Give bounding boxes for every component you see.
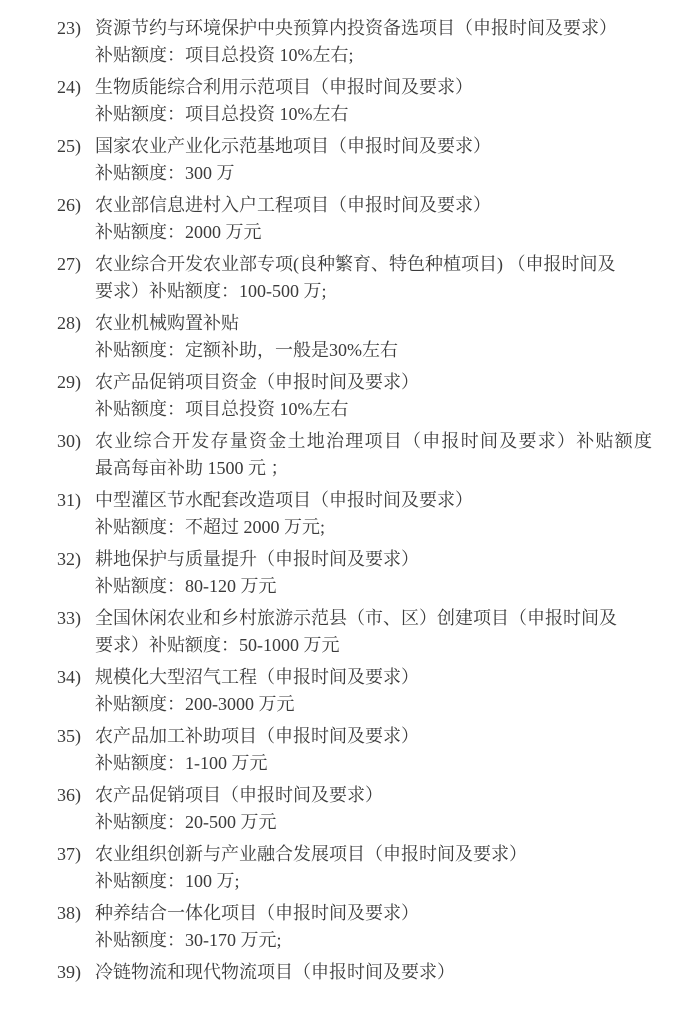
list-item: 24) 生物质能综合利用示范项目（申报时间及要求）补贴额度：项目总投资 10%左… xyxy=(57,74,664,128)
list-item-lines: 农业综合开发农业部专项(良种繁育、特色种植项目) （申报时间及要求）补贴额度：1… xyxy=(95,251,652,305)
list-item-number: 39) xyxy=(57,959,95,986)
list-item-lines: 农产品促销项目资金（申报时间及要求）补贴额度：项目总投资 10%左右 xyxy=(95,369,652,423)
list-item-lines: 农业机械购置补贴补贴额度：定额补助，一般是30%左右 xyxy=(95,310,652,364)
list-item: 34) 规模化大型沼气工程（申报时间及要求）补贴额度：200-3000 万元 xyxy=(57,664,664,718)
list-item-number: 38) xyxy=(57,900,95,927)
list-item: 37) 农业组织创新与产业融合发展项目（申报时间及要求）补贴额度：100 万; xyxy=(57,841,664,895)
list-item-line: 规模化大型沼气工程（申报时间及要求） xyxy=(95,664,652,691)
list-item: 31) 中型灌区节水配套改造项目（申报时间及要求）补贴额度：不超过 2000 万… xyxy=(57,487,664,541)
list-item-line: 补贴额度：100 万; xyxy=(95,868,652,895)
list-item-number: 36) xyxy=(57,782,95,809)
list-item-number: 23) xyxy=(57,15,95,42)
list-item: 38) 种养结合一体化项目（申报时间及要求）补贴额度：30-170 万元; xyxy=(57,900,664,954)
list-item-line: 补贴额度：定额补助，一般是30%左右 xyxy=(95,337,652,364)
list-item: 35) 农产品加工补助项目（申报时间及要求）补贴额度：1-100 万元 xyxy=(57,723,664,777)
list-item-number: 33) xyxy=(57,605,95,632)
list-item-lines: 中型灌区节水配套改造项目（申报时间及要求）补贴额度：不超过 2000 万元; xyxy=(95,487,652,541)
subsidy-project-list: 23) 资源节约与环境保护中央预算内投资备选项目（申报时间及要求）补贴额度：项目… xyxy=(57,15,664,986)
list-item-lines: 生物质能综合利用示范项目（申报时间及要求）补贴额度：项目总投资 10%左右 xyxy=(95,74,652,128)
list-item-number: 30) xyxy=(57,428,95,455)
list-item-line: 要求）补贴额度：100-500 万; xyxy=(95,278,652,305)
list-item: 32) 耕地保护与质量提升（申报时间及要求）补贴额度：80-120 万元 xyxy=(57,546,664,600)
list-item-line: 补贴额度：不超过 2000 万元; xyxy=(95,514,652,541)
list-item-lines: 农业部信息进村入户工程项目（申报时间及要求）补贴额度：2000 万元 xyxy=(95,192,652,246)
list-item-line: 种养结合一体化项目（申报时间及要求） xyxy=(95,900,652,927)
list-item-lines: 农产品促销项目（申报时间及要求）补贴额度：20-500 万元 xyxy=(95,782,652,836)
list-item-lines: 国家农业产业化示范基地项目（申报时间及要求）补贴额度：300 万 xyxy=(95,133,652,187)
list-item-number: 29) xyxy=(57,369,95,396)
list-item: 28) 农业机械购置补贴补贴额度：定额补助，一般是30%左右 xyxy=(57,310,664,364)
list-item-number: 37) xyxy=(57,841,95,868)
list-item-line: 资源节约与环境保护中央预算内投资备选项目（申报时间及要求） xyxy=(95,15,652,42)
list-item-number: 32) xyxy=(57,546,95,573)
list-item-line: 农产品促销项目资金（申报时间及要求） xyxy=(95,369,652,396)
list-item-line: 农业综合开发农业部专项(良种繁育、特色种植项目) （申报时间及 xyxy=(95,251,652,278)
list-item-line: 补贴额度：20-500 万元 xyxy=(95,809,652,836)
list-item-line: 国家农业产业化示范基地项目（申报时间及要求） xyxy=(95,133,652,160)
list-item-line: 最高每亩补助 1500 元 ； xyxy=(95,455,652,482)
list-item-number: 27) xyxy=(57,251,95,278)
list-item-line: 农产品加工补助项目（申报时间及要求） xyxy=(95,723,652,750)
list-item-line: 补贴额度：项目总投资 10%左右 xyxy=(95,396,652,423)
list-item-line: 全国休闲农业和乡村旅游示范县（市、区）创建项目（申报时间及 xyxy=(95,605,652,632)
list-item-lines: 农业综合开发存量资金土地治理项目（申报时间及要求）补贴额度最高每亩补助 1500… xyxy=(95,428,652,482)
list-item-number: 26) xyxy=(57,192,95,219)
list-item-line: 补贴额度：1-100 万元 xyxy=(95,750,652,777)
list-item-line: 农业部信息进村入户工程项目（申报时间及要求） xyxy=(95,192,652,219)
list-item-lines: 种养结合一体化项目（申报时间及要求）补贴额度：30-170 万元; xyxy=(95,900,652,954)
list-item: 27) 农业综合开发农业部专项(良种繁育、特色种植项目) （申报时间及要求）补贴… xyxy=(57,251,664,305)
list-item-line: 补贴额度：300 万 xyxy=(95,160,652,187)
list-item-line: 补贴额度：项目总投资 10%左右; xyxy=(95,42,652,69)
list-item: 39) 冷链物流和现代物流项目（申报时间及要求） xyxy=(57,959,664,986)
document-page: 23) 资源节约与环境保护中央预算内投资备选项目（申报时间及要求）补贴额度：项目… xyxy=(0,0,674,1012)
list-item-line: 补贴额度：2000 万元 xyxy=(95,219,652,246)
list-item-lines: 耕地保护与质量提升（申报时间及要求）补贴额度：80-120 万元 xyxy=(95,546,652,600)
list-item-number: 31) xyxy=(57,487,95,514)
list-item-line: 生物质能综合利用示范项目（申报时间及要求） xyxy=(95,74,652,101)
list-item: 36) 农产品促销项目（申报时间及要求）补贴额度：20-500 万元 xyxy=(57,782,664,836)
list-item-lines: 资源节约与环境保护中央预算内投资备选项目（申报时间及要求）补贴额度：项目总投资 … xyxy=(95,15,652,69)
list-item: 33) 全国休闲农业和乡村旅游示范县（市、区）创建项目（申报时间及要求）补贴额度… xyxy=(57,605,664,659)
list-item-line: 冷链物流和现代物流项目（申报时间及要求） xyxy=(95,959,652,986)
list-item-lines: 全国休闲农业和乡村旅游示范县（市、区）创建项目（申报时间及要求）补贴额度：50-… xyxy=(95,605,652,659)
list-item-line: 农产品促销项目（申报时间及要求） xyxy=(95,782,652,809)
list-item-line: 农业机械购置补贴 xyxy=(95,310,652,337)
list-item: 26) 农业部信息进村入户工程项目（申报时间及要求）补贴额度：2000 万元 xyxy=(57,192,664,246)
list-item: 25) 国家农业产业化示范基地项目（申报时间及要求）补贴额度：300 万 xyxy=(57,133,664,187)
list-item-lines: 农产品加工补助项目（申报时间及要求）补贴额度：1-100 万元 xyxy=(95,723,652,777)
list-item-line: 中型灌区节水配套改造项目（申报时间及要求） xyxy=(95,487,652,514)
list-item-lines: 冷链物流和现代物流项目（申报时间及要求） xyxy=(95,959,652,986)
list-item-line: 补贴额度：80-120 万元 xyxy=(95,573,652,600)
list-item: 30) 农业综合开发存量资金土地治理项目（申报时间及要求）补贴额度最高每亩补助 … xyxy=(57,428,664,482)
list-item-lines: 农业组织创新与产业融合发展项目（申报时间及要求）补贴额度：100 万; xyxy=(95,841,652,895)
list-item-line: 农业组织创新与产业融合发展项目（申报时间及要求） xyxy=(95,841,652,868)
list-item: 29) 农产品促销项目资金（申报时间及要求）补贴额度：项目总投资 10%左右 xyxy=(57,369,664,423)
list-item-number: 34) xyxy=(57,664,95,691)
list-item-line: 农业综合开发存量资金土地治理项目（申报时间及要求）补贴额度 xyxy=(95,428,652,455)
list-item-line: 补贴额度：项目总投资 10%左右 xyxy=(95,101,652,128)
list-item-line: 补贴额度：200-3000 万元 xyxy=(95,691,652,718)
list-item-line: 要求）补贴额度：50-1000 万元 xyxy=(95,632,652,659)
list-item-line: 耕地保护与质量提升（申报时间及要求） xyxy=(95,546,652,573)
list-item-number: 35) xyxy=(57,723,95,750)
list-item-number: 24) xyxy=(57,74,95,101)
list-item: 23) 资源节约与环境保护中央预算内投资备选项目（申报时间及要求）补贴额度：项目… xyxy=(57,15,664,69)
list-item-line: 补贴额度：30-170 万元; xyxy=(95,927,652,954)
list-item-lines: 规模化大型沼气工程（申报时间及要求）补贴额度：200-3000 万元 xyxy=(95,664,652,718)
list-item-number: 28) xyxy=(57,310,95,337)
list-item-number: 25) xyxy=(57,133,95,160)
